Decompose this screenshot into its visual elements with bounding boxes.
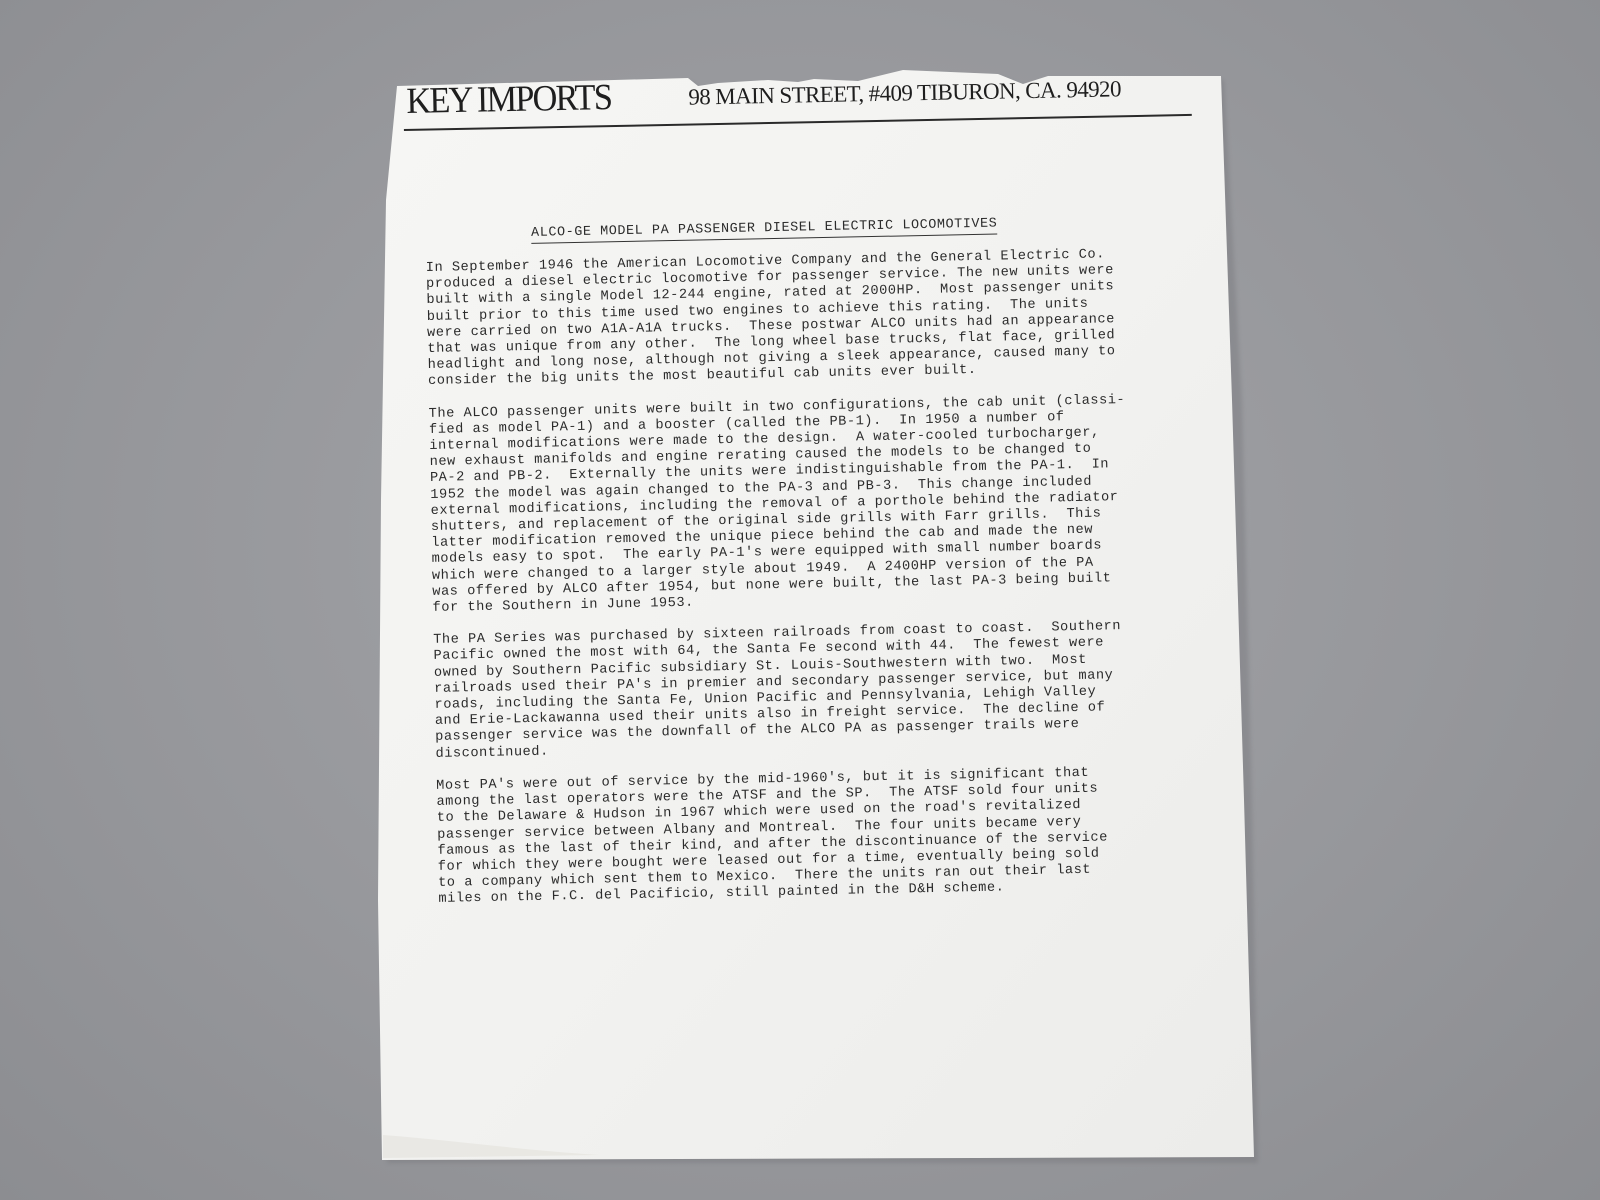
company-address: 98 MAIN STREET, #409 TIBURON, CA. 94920 — [688, 75, 1121, 111]
letterhead: KEY IMPORTS 98 MAIN STREET, #409 TIBURON… — [406, 67, 1207, 122]
paragraph-4: Most PA's were out of service by the mid… — [436, 763, 1228, 908]
document-title: ALCO-GE MODEL PA PASSENGER DIESEL ELECTR… — [425, 212, 1215, 243]
paragraph-2: The ALCO passenger units were built in t… — [429, 391, 1223, 617]
document-title-text: ALCO-GE MODEL PA PASSENGER DIESEL ELECTR… — [531, 217, 998, 244]
paragraph-1: In September 1946 the American Locomotiv… — [426, 245, 1218, 390]
paragraph-3: The PA Series was purchased by sixteen r… — [433, 617, 1225, 762]
document-body: ALCO-GE MODEL PA PASSENGER DIESEL ELECTR… — [425, 212, 1229, 924]
company-name: KEY IMPORTS — [406, 78, 611, 122]
